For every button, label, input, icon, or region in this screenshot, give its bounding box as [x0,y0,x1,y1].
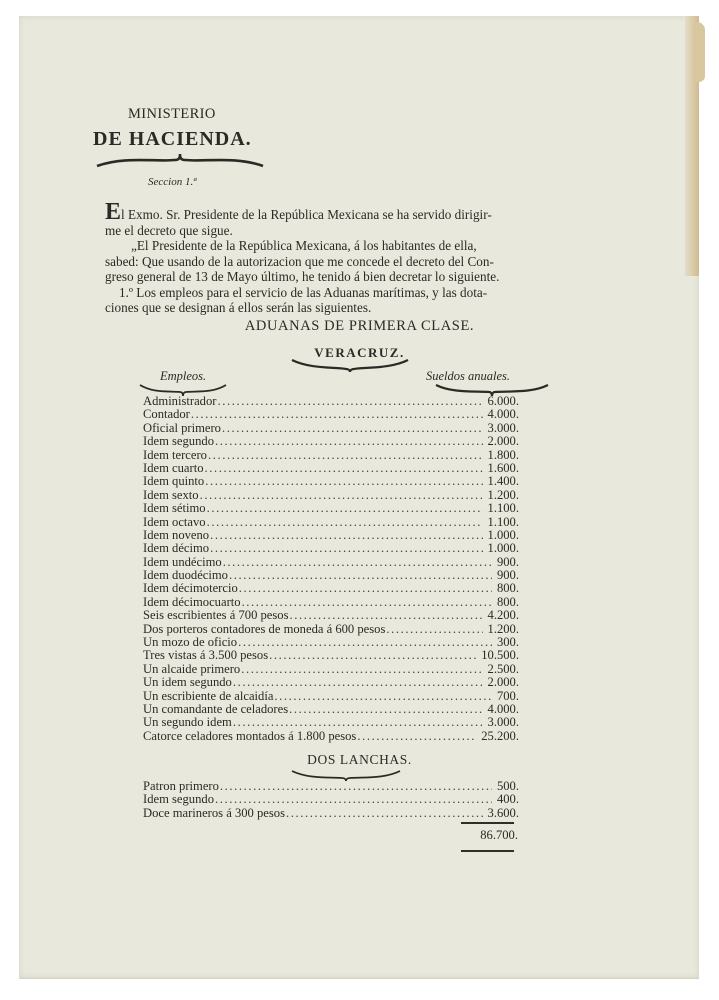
row-label: Idem undécimo [143,556,222,569]
intro-line: „El Presidente de la República Mexicana,… [105,238,548,254]
row-label: Dos porteros contadores de moneda á 600 … [143,623,385,636]
table-row: Patron primero..........................… [143,780,519,793]
row-value: 6.000. [483,395,519,408]
sum-rule [461,822,514,824]
row-value: 4.000. [483,408,519,421]
table-row: Idem sexto..............................… [143,489,519,502]
salary-table-veracruz: Administrador...........................… [143,395,519,743]
grand-total: 86.700. [440,828,518,843]
table-row: Idem segundo............................… [143,435,519,448]
row-value: 2.500. [483,663,519,676]
row-label: Idem duodécimo [143,569,228,582]
table-row: Seis escribientes á 700 pesos...........… [143,609,519,622]
sum-rule [461,850,514,852]
dot-leader: ........................................… [204,462,483,475]
salary-table-boats: Patron primero..........................… [143,780,519,820]
row-value: 1.000. [483,529,519,542]
dot-leader: ........................................… [268,649,476,662]
dot-leader: ........................................… [232,676,483,689]
dot-leader: ........................................… [241,596,492,609]
table-row: Un comandante de celadores..............… [143,703,519,716]
dot-leader: ........................................… [221,422,483,435]
dot-leader: ........................................… [206,502,483,515]
dot-leader: ........................................… [232,716,483,729]
row-value: 1.400. [483,475,519,488]
row-value: 800. [492,596,519,609]
row-label: Seis escribientes á 700 pesos [143,609,289,622]
row-value: 3.000. [483,716,519,729]
table-row: Idem cuarto.............................… [143,462,519,475]
row-label: Administrador [143,395,216,408]
dot-leader: ........................................… [214,435,483,448]
row-label: Idem tercero [143,449,207,462]
dot-leader: ........................................… [356,730,476,743]
dot-leader: ........................................… [209,542,482,555]
table-row: Tres vistas á 3.500 pesos...............… [143,649,519,662]
table-row: Un mozo de oficio.......................… [143,636,519,649]
row-value: 400. [492,793,519,806]
row-label: Doce marineros á 300 pesos [143,807,285,820]
row-label: Oficial primero [143,422,221,435]
column-header-employments: Empleos. [160,369,206,384]
row-label: Idem noveno [143,529,209,542]
table-row: Idem décimocuarto.......................… [143,596,519,609]
row-value: 1.800. [483,449,519,462]
row-value: 900. [492,569,519,582]
row-value: 4.000. [483,703,519,716]
table-row: Idem sétimo.............................… [143,502,519,515]
row-label: Idem décimotercio [143,582,238,595]
department-title: DE HACIENDA. [93,128,252,151]
table-row: Un segundo idem.........................… [143,716,519,729]
row-value: 800. [492,582,519,595]
dropcap: E [105,199,121,225]
table-row: Contador................................… [143,408,519,421]
table-row: Idem tercero............................… [143,449,519,462]
dot-leader: ........................................… [209,529,482,542]
row-label: Idem segundo [143,793,214,806]
table-row: Idem décimo.............................… [143,542,519,555]
boats-heading: DOS LANCHAS. [0,752,719,768]
row-label: Catorce celadores montados á 1.800 pesos [143,730,356,743]
row-label: Patron primero [143,780,219,793]
section-heading: ADUANAS DE PRIMERA CLASE. [0,318,719,335]
dot-leader: ........................................… [207,449,483,462]
row-label: Idem quinto [143,475,204,488]
table-row: Idem undécimo...........................… [143,556,519,569]
table-row: Doce marineros á 300 pesos..............… [143,807,519,820]
dot-leader: ........................................… [385,623,482,636]
dot-leader: ........................................… [216,395,482,408]
row-value: 1.200. [483,489,519,502]
row-value: 2.000. [483,435,519,448]
row-label: Un idem segundo [143,676,232,689]
row-value: 25.200. [476,730,519,743]
row-value: 1.600. [483,462,519,475]
dot-leader: ........................................… [288,703,482,716]
table-row: Idem octavo.............................… [143,516,519,529]
row-label: Idem segundo [143,435,214,448]
table-row: Administrador...........................… [143,395,519,408]
row-label: Contador [143,408,190,421]
table-row: Idem segundo............................… [143,793,519,806]
table-row: Un alcaide primero......................… [143,663,519,676]
intro-paragraph: El Exmo. Sr. Presidente de la República … [105,203,548,316]
row-value: 1.100. [483,516,519,529]
torn-corner [693,22,705,82]
dot-leader: ........................................… [289,609,483,622]
dot-leader: ........................................… [238,582,492,595]
intro-line: me el decreto que sigue. [105,223,548,239]
table-row: Catorce celadores montados á 1.800 pesos… [143,730,519,743]
row-label: Un escribiente de alcaidía [143,690,273,703]
table-row: Idem noveno.............................… [143,529,519,542]
row-label: Idem cuarto [143,462,204,475]
table-row: Idem quinto.............................… [143,475,519,488]
row-label: Un comandante de celadores [143,703,288,716]
dot-leader: ........................................… [285,807,483,820]
row-value: 2.000. [483,676,519,689]
row-value: 700. [492,690,519,703]
row-value: 3.000. [483,422,519,435]
dot-leader: ........................................… [190,408,483,421]
row-label: Idem décimocuarto [143,596,241,609]
row-label: Idem décimo [143,542,209,555]
intro-line: ciones que se designan á ellos serán las… [105,300,548,316]
dot-leader: ........................................… [214,793,492,806]
intro-line: 1.º Los empleos para el servicio de las … [105,285,548,301]
column-header-salaries: Sueldos anuales. [426,369,510,384]
row-label: Idem sexto [143,489,199,502]
table-row: Un escribiente de alcaidía..............… [143,690,519,703]
intro-line: sabed: Que usando de la autorizacion que… [105,254,548,270]
section-label: Seccion 1.ª [148,176,196,188]
table-row: Idem décimotercio.......................… [143,582,519,595]
row-value: 4.200. [483,609,519,622]
row-label: Un alcaide primero [143,663,240,676]
row-label: Un segundo idem [143,716,232,729]
table-row: Un idem segundo.........................… [143,676,519,689]
dot-leader: ........................................… [240,663,482,676]
dot-leader: ........................................… [219,780,492,793]
row-label: Tres vistas á 3.500 pesos [143,649,268,662]
row-value: 300. [492,636,519,649]
dot-leader: ........................................… [228,569,492,582]
row-value: 1.000. [483,542,519,555]
dot-leader: ........................................… [204,475,482,488]
dot-leader: ........................................… [206,516,483,529]
intro-line: greso general de 13 de Mayo último, he t… [105,269,548,285]
row-label: Idem octavo [143,516,206,529]
row-value: 1.100. [483,502,519,515]
ornamental-brace-icon [95,152,265,170]
row-value: 3.600. [483,807,519,820]
row-label: Idem sétimo [143,502,206,515]
row-value: 1.200. [483,623,519,636]
ornamental-brace-icon [290,357,410,373]
dot-leader: ........................................… [222,556,492,569]
row-value: 900. [492,556,519,569]
table-row: Oficial primero.........................… [143,422,519,435]
ministry-label: MINISTERIO [128,106,216,123]
table-row: Idem duodécimo..........................… [143,569,519,582]
dot-leader: ........................................… [237,636,492,649]
row-value: 10.500. [476,649,519,662]
table-row: Dos porteros contadores de moneda á 600 … [143,623,519,636]
dot-leader: ........................................… [273,690,492,703]
row-value: 500. [492,780,519,793]
dot-leader: ........................................… [199,489,483,502]
intro-line: El Exmo. Sr. Presidente de la República … [105,203,548,223]
row-label: Un mozo de oficio [143,636,237,649]
